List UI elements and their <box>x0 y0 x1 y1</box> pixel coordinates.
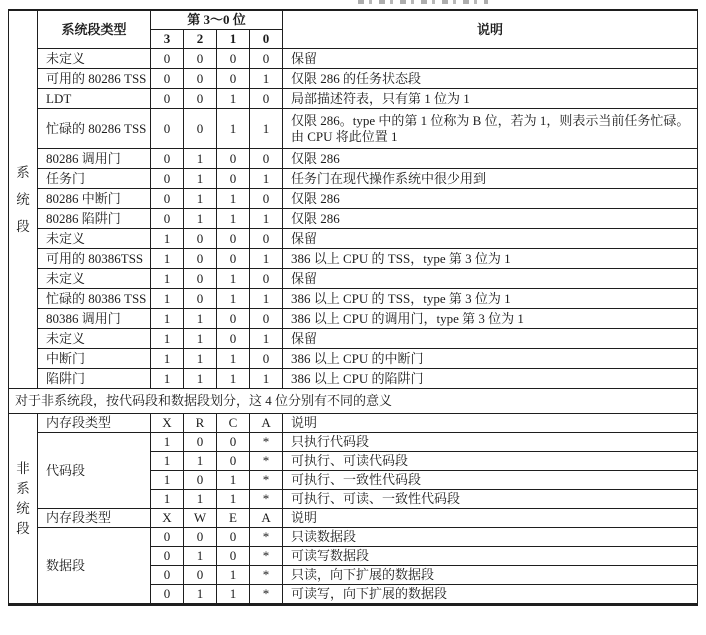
bit-cell: 1 <box>184 309 217 329</box>
table-row: 80386 调用门 1 1 0 0 386 以上 CPU 的调用门，type 第… <box>9 309 698 329</box>
bit-cell: 1 <box>250 289 283 309</box>
bit-cell: 1 <box>184 585 217 605</box>
bit-cell: 1 <box>151 269 184 289</box>
bit-cell: 1 <box>184 369 217 389</box>
bit-cell: 0 <box>217 329 250 349</box>
bit-cell: 1 <box>217 209 250 229</box>
bit-cell: 0 <box>184 229 217 249</box>
segment-type-cell: 未定义 <box>38 49 151 69</box>
bit-cell: 0 <box>217 547 250 566</box>
bit-cell: 1 <box>217 369 250 389</box>
segment-type-cell: 80286 陷阱门 <box>38 209 151 229</box>
bit-cell: 0 <box>217 169 250 189</box>
description-header-cell: 说明 <box>283 414 698 433</box>
bit-cell: 0 <box>217 49 250 69</box>
bit-cell: 0 <box>184 269 217 289</box>
bit-cell: 1 <box>250 369 283 389</box>
bit-cell: 1 <box>151 452 184 471</box>
bit-cell: 0 <box>250 149 283 169</box>
group-label-code-segment: 代码段 <box>38 433 151 509</box>
bit-col-header: R <box>184 414 217 433</box>
description-cell: 只执行代码段 <box>283 433 698 452</box>
bit-cell: 0 <box>151 209 184 229</box>
segment-type-cell: 可用的 80386TSS <box>38 249 151 269</box>
bit-cell: * <box>250 490 283 509</box>
segment-type-cell: 可用的 80286 TSS <box>38 69 151 89</box>
bit-cell: 1 <box>217 289 250 309</box>
table-header-row: 系统段 系统段类型 第 3～0 位 说明 <box>9 10 698 30</box>
bit-cell: 0 <box>151 189 184 209</box>
bit-cell: 1 <box>250 209 283 229</box>
bit-cell: * <box>250 547 283 566</box>
description-header-cell: 说明 <box>283 509 698 528</box>
bit-cell: 0 <box>184 49 217 69</box>
description-cell: 保留 <box>283 269 698 289</box>
description-cell: 可执行、一致性代码段 <box>283 471 698 490</box>
bit-cell: 0 <box>151 169 184 189</box>
segment-type-cell: 陷阱门 <box>38 369 151 389</box>
bit-cell: 1 <box>217 585 250 605</box>
bit-cell: 1 <box>151 490 184 509</box>
description-cell: 只读，向下扩展的数据段 <box>283 566 698 585</box>
table-row: 未定义 1 1 0 1 保留 <box>9 329 698 349</box>
bit-cell: 1 <box>151 249 184 269</box>
bit-cell: 0 <box>217 229 250 249</box>
bit-cell: 1 <box>217 349 250 369</box>
segment-type-cell: 未定义 <box>38 329 151 349</box>
bit-cell: 1 <box>217 490 250 509</box>
description-cell: 386 以上 CPU 的陷阱门 <box>283 369 698 389</box>
bit-cell: 1 <box>184 209 217 229</box>
bit-cell: 1 <box>184 490 217 509</box>
side-label-text: 非系统段 <box>16 459 30 539</box>
segment-type-cell: 忙碌的 80386 TSS <box>38 289 151 309</box>
bit-col-header: E <box>217 509 250 528</box>
bit-cell: 1 <box>151 433 184 452</box>
description-cell: 保留 <box>283 49 698 69</box>
bit-cell: 0 <box>250 89 283 109</box>
table-row: 未定义 0 0 0 0 保留 <box>9 49 698 69</box>
description-cell: 386 以上 CPU 的调用门，type 第 3 位为 1 <box>283 309 698 329</box>
bit-cell: 1 <box>151 329 184 349</box>
table-row: 代码段 1 0 0 * 只执行代码段 <box>9 433 698 452</box>
bit-cell: 0 <box>184 566 217 585</box>
bit-cell: 0 <box>151 49 184 69</box>
segment-type-cell: 80286 中断门 <box>38 189 151 209</box>
bit-cell: 1 <box>217 189 250 209</box>
bit-cell: 1 <box>217 89 250 109</box>
bit-cell: * <box>250 566 283 585</box>
bit-col-header: A <box>250 509 283 528</box>
table-subheader-row: 非系统段 内存段类型 X R C A 说明 <box>9 414 698 433</box>
bit-cell: 1 <box>184 349 217 369</box>
bit-cell: * <box>250 433 283 452</box>
bit-cell: 0 <box>184 289 217 309</box>
description-cell: 仅限 286 <box>283 209 698 229</box>
description-cell: 可读写，向下扩展的数据段 <box>283 585 698 605</box>
col-header-segment-type: 系统段类型 <box>38 10 151 49</box>
segment-descriptor-type-table: 系统段 系统段类型 第 3～0 位 说明 3 2 1 0 未定义 0 0 0 0… <box>8 9 698 606</box>
table-row: 80286 陷阱门 0 1 1 1 仅限 286 <box>9 209 698 229</box>
col-header-description: 说明 <box>283 10 698 49</box>
segment-type-cell: 忙碌的 80286 TSS <box>38 109 151 149</box>
bit-cell: * <box>250 471 283 490</box>
bit-cell: 1 <box>250 169 283 189</box>
bit-cell: 0 <box>250 349 283 369</box>
bit-cell: 0 <box>217 528 250 547</box>
bit-cell: 1 <box>250 109 283 149</box>
table-row: 任务门 0 1 0 1 任务门在现代操作系统中很少用到 <box>9 169 698 189</box>
memory-segment-type-header: 内存段类型 <box>38 414 151 433</box>
bit-cell: * <box>250 528 283 547</box>
description-cell: 仅限 286 的任务状态段 <box>283 69 698 89</box>
bit-cell: 0 <box>184 69 217 89</box>
side-label-text: 系统段 <box>16 159 30 240</box>
bit-cell: 0 <box>217 452 250 471</box>
table-row: LDT 0 0 1 0 局部描述符表，只有第 1 位为 1 <box>9 89 698 109</box>
table-row: 陷阱门 1 1 1 1 386 以上 CPU 的陷阱门 <box>9 369 698 389</box>
bit-col-header: X <box>151 414 184 433</box>
bit-cell: 0 <box>217 433 250 452</box>
bit-cell: 0 <box>151 109 184 149</box>
bit-cell: 0 <box>217 249 250 269</box>
table-row: 中断门 1 1 1 0 386 以上 CPU 的中断门 <box>9 349 698 369</box>
segment-type-cell: LDT <box>38 89 151 109</box>
description-cell: 仅限 286 <box>283 149 698 169</box>
table-row: 未定义 1 0 0 0 保留 <box>9 229 698 249</box>
bit-cell: 1 <box>184 329 217 349</box>
separator-note: 对于非系统段，按代码段和数据段划分，这 4 位分别有不同的意义 <box>9 389 698 414</box>
segment-type-cell: 未定义 <box>38 269 151 289</box>
bit-cell: 0 <box>184 528 217 547</box>
table-row: 忙碌的 80286 TSS 0 0 1 1 仅限 286。type 中的第 1 … <box>9 109 698 149</box>
bit-col-header: W <box>184 509 217 528</box>
description-cell: 任务门在现代操作系统中很少用到 <box>283 169 698 189</box>
bit-cell: 1 <box>151 309 184 329</box>
cropped-caption-remnant <box>358 0 488 4</box>
description-cell: 可读写数据段 <box>283 547 698 566</box>
table-row: 可用的 80386TSS 1 0 0 1 386 以上 CPU 的 TSS，ty… <box>9 249 698 269</box>
bit-cell: 1 <box>184 169 217 189</box>
bit-cell: 1 <box>151 471 184 490</box>
bit-cell: 1 <box>250 249 283 269</box>
bit-cell: 0 <box>184 471 217 490</box>
table-row: 数据段 0 0 0 * 只读数据段 <box>9 528 698 547</box>
bit-cell: 1 <box>184 189 217 209</box>
segment-type-cell: 中断门 <box>38 349 151 369</box>
description-cell: 只读数据段 <box>283 528 698 547</box>
bit-cell: 0 <box>184 433 217 452</box>
bit-cell: 1 <box>151 369 184 389</box>
bit-cell: 1 <box>151 289 184 309</box>
side-label-non-system-segment: 非系统段 <box>9 414 38 605</box>
description-cell: 可执行、可读代码段 <box>283 452 698 471</box>
table-row: 可用的 80286 TSS 0 0 0 1 仅限 286 的任务状态段 <box>9 69 698 89</box>
side-label-system-segment: 系统段 <box>9 10 38 389</box>
col-header-bits-group: 第 3～0 位 <box>151 10 283 30</box>
bit-cell: * <box>250 585 283 605</box>
bit-cell: 0 <box>151 566 184 585</box>
bit-cell: 0 <box>151 585 184 605</box>
bit-cell: 1 <box>217 566 250 585</box>
bit-col-header: 3 <box>151 30 184 49</box>
bit-cell: 0 <box>151 149 184 169</box>
bit-col-header: C <box>217 414 250 433</box>
table-row: 未定义 1 0 1 0 保留 <box>9 269 698 289</box>
bit-cell: 0 <box>151 547 184 566</box>
group-label-data-segment: 数据段 <box>38 528 151 605</box>
memory-segment-type-header: 内存段类型 <box>38 509 151 528</box>
description-cell: 仅限 286 <box>283 189 698 209</box>
bit-cell: 0 <box>184 109 217 149</box>
description-cell: 可执行、可读、一致性代码段 <box>283 490 698 509</box>
bit-cell: 1 <box>184 149 217 169</box>
separator-note-row: 对于非系统段，按代码段和数据段划分，这 4 位分别有不同的意义 <box>9 389 698 414</box>
table-row: 忙碌的 80386 TSS 1 0 1 1 386 以上 CPU 的 TSS，t… <box>9 289 698 309</box>
bit-col-header: X <box>151 509 184 528</box>
segment-type-cell: 未定义 <box>38 229 151 249</box>
bit-cell: 0 <box>250 309 283 329</box>
description-cell: 仅限 286。type 中的第 1 位称为 B 位，若为 1，则表示当前任务忙碌… <box>283 109 698 149</box>
bit-cell: 1 <box>250 329 283 349</box>
bit-cell: 1 <box>184 452 217 471</box>
bit-cell: 0 <box>250 189 283 209</box>
segment-type-cell: 80386 调用门 <box>38 309 151 329</box>
bit-cell: 0 <box>184 89 217 109</box>
bit-cell: 0 <box>151 528 184 547</box>
bit-cell: 0 <box>250 229 283 249</box>
segment-type-cell: 80286 调用门 <box>38 149 151 169</box>
description-cell: 386 以上 CPU 的中断门 <box>283 349 698 369</box>
bit-col-header: A <box>250 414 283 433</box>
description-cell: 保留 <box>283 229 698 249</box>
table-subheader-row: 内存段类型 X W E A 说明 <box>9 509 698 528</box>
bit-cell: 0 <box>217 309 250 329</box>
bit-cell: * <box>250 452 283 471</box>
bit-cell: 0 <box>250 269 283 289</box>
bit-col-header: 1 <box>217 30 250 49</box>
bit-col-header: 0 <box>250 30 283 49</box>
description-cell: 保留 <box>283 329 698 349</box>
bit-col-header: 2 <box>184 30 217 49</box>
bit-cell: 1 <box>217 269 250 289</box>
description-cell: 386 以上 CPU 的 TSS，type 第 3 位为 1 <box>283 249 698 269</box>
bit-cell: 1 <box>184 547 217 566</box>
bit-cell: 0 <box>151 89 184 109</box>
bit-cell: 0 <box>184 249 217 269</box>
bit-cell: 1 <box>151 229 184 249</box>
table-row: 80286 中断门 0 1 1 0 仅限 286 <box>9 189 698 209</box>
bit-cell: 1 <box>151 349 184 369</box>
bit-cell: 1 <box>250 69 283 89</box>
table-row: 80286 调用门 0 1 0 0 仅限 286 <box>9 149 698 169</box>
description-cell: 局部描述符表，只有第 1 位为 1 <box>283 89 698 109</box>
description-cell: 386 以上 CPU 的 TSS，type 第 3 位为 1 <box>283 289 698 309</box>
bit-cell: 0 <box>250 49 283 69</box>
bit-cell: 1 <box>217 471 250 490</box>
bit-cell: 0 <box>217 69 250 89</box>
bit-cell: 0 <box>151 69 184 89</box>
bit-cell: 1 <box>217 109 250 149</box>
bit-cell: 0 <box>217 149 250 169</box>
segment-type-cell: 任务门 <box>38 169 151 189</box>
